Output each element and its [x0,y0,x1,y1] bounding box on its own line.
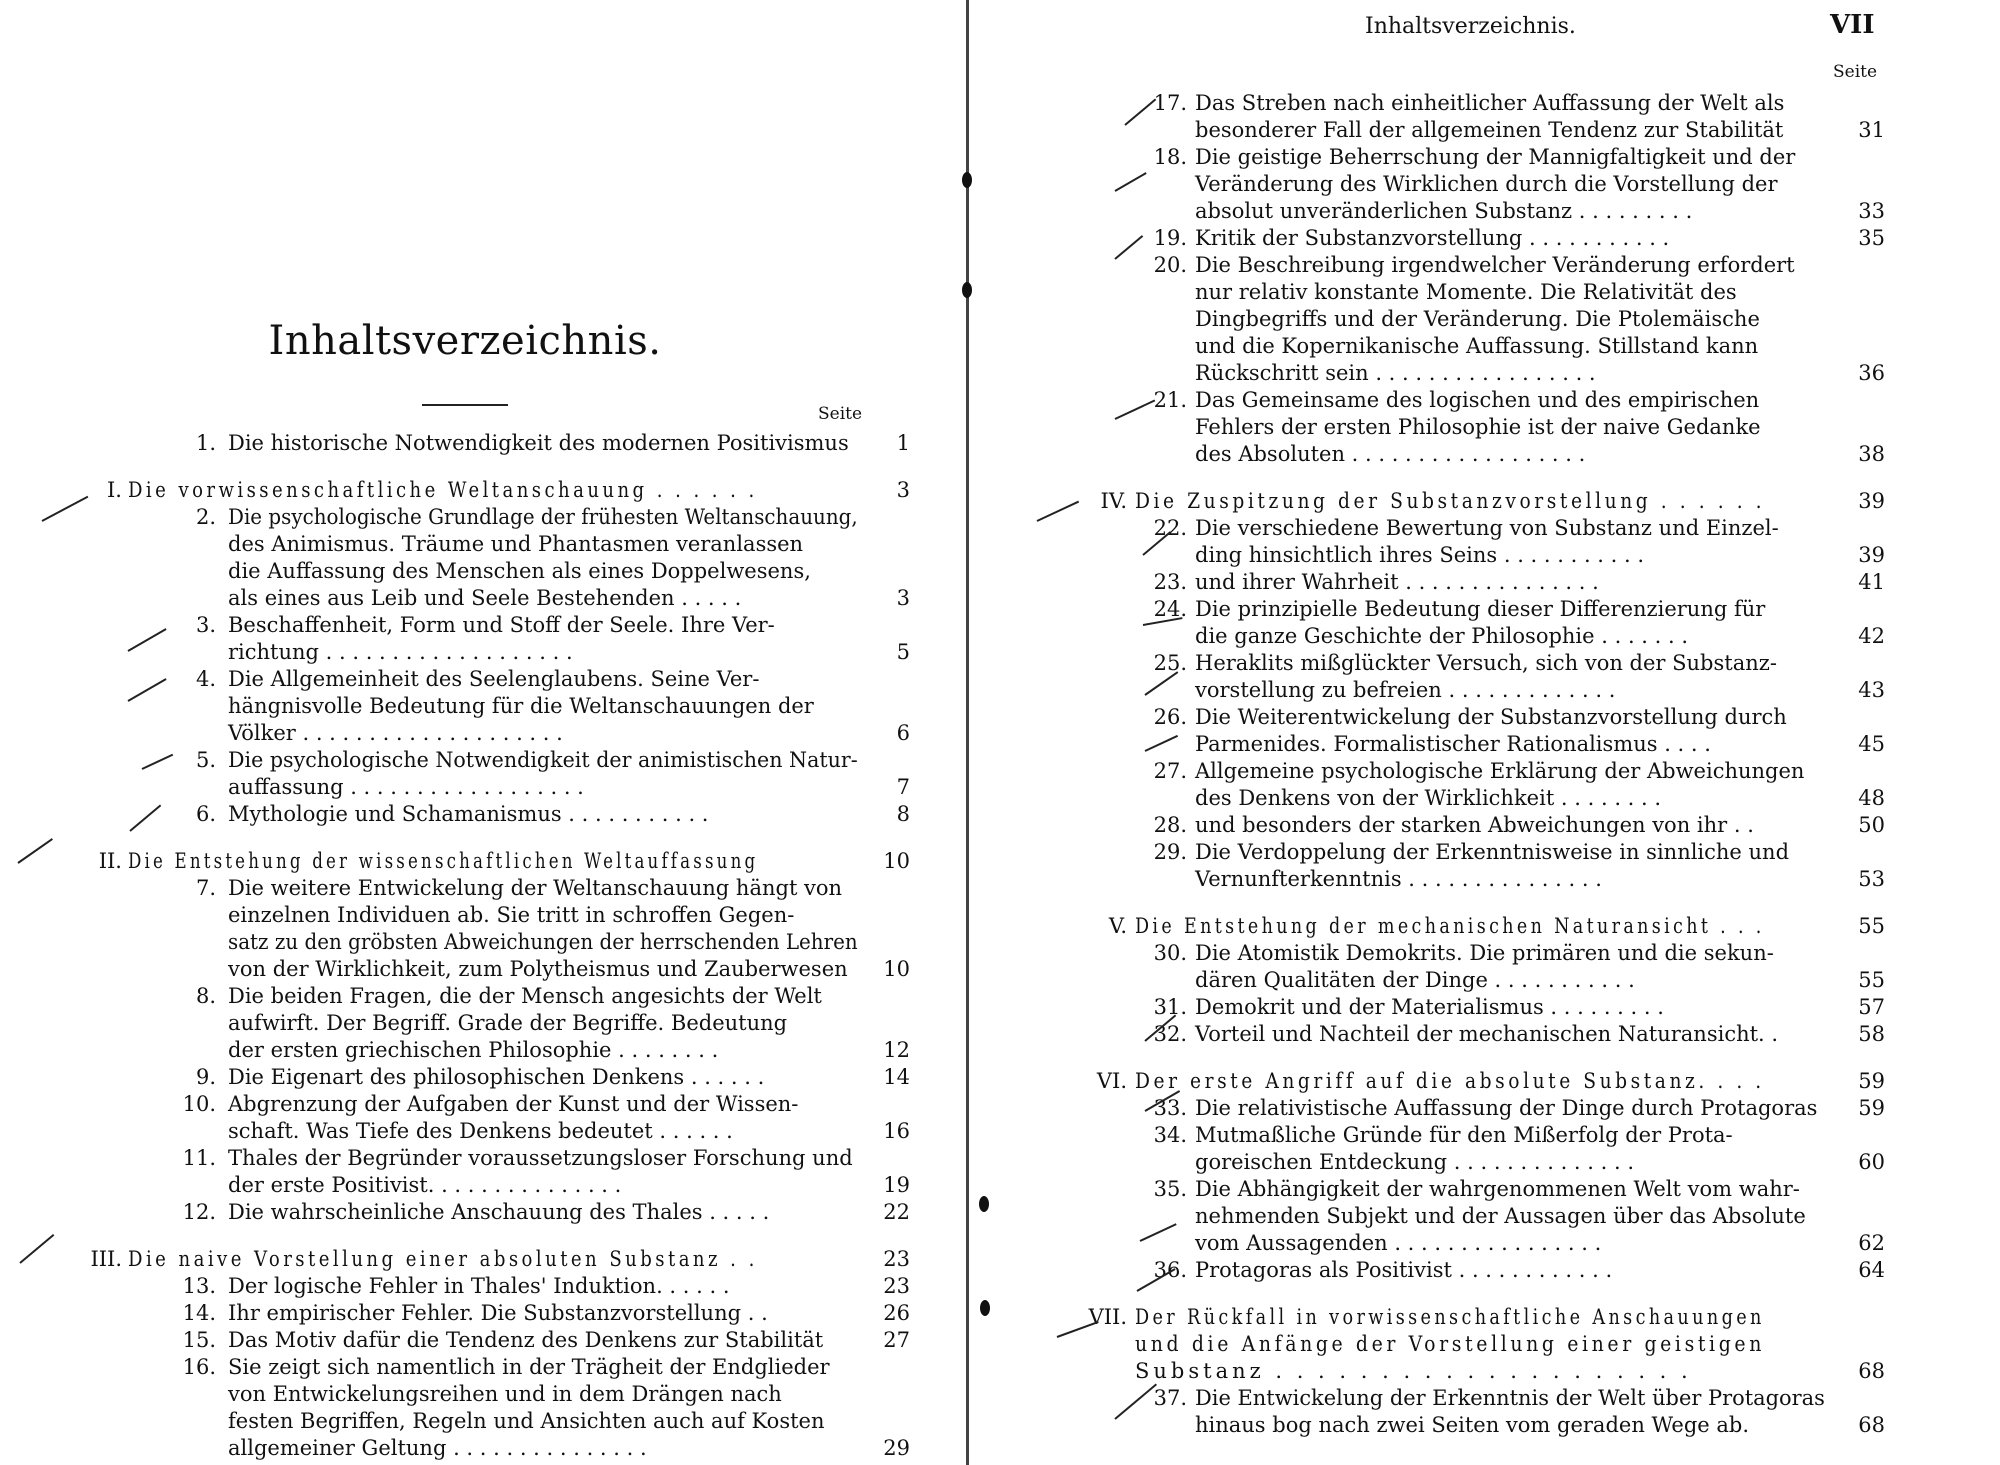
toc-chapter-row: III.Die naive Vorstellung einer absolute… [40,1246,920,1273]
toc-item-title: Die Eigenart des philosophischen Denkens… [228,1064,764,1091]
toc-entry-row: 35.Die Abhängigkeit der wahrgenommenen W… [975,1176,1975,1203]
toc-item-title: Die historische Notwendigkeit des modern… [228,430,849,457]
toc-item-title: von der Wirklichkeit, zum Polytheismus u… [228,956,848,983]
toc-entry-row: einzelnen Individuen ab. Sie tritt in sc… [40,902,920,929]
toc-item-title: festen Begriffen, Regeln und Ansichten a… [228,1408,825,1435]
toc-entry-row: 15.Das Motiv dafür die Tendenz des Denke… [40,1327,920,1354]
toc-item-title: Völker . . . . . . . . . . . . . . . . .… [228,720,563,747]
toc-item-title: ding hinsichtlich ihres Seins . . . . . … [1195,542,1644,569]
toc-chapter-row: V.Die Entstehung der mechanischen Natura… [975,913,1975,940]
toc-item-number: 16. [140,1354,216,1381]
toc-item-title: Mythologie und Schamanismus . . . . . . … [228,801,708,828]
toc-page-number: 10 [870,848,910,875]
toc-item-number: V. [1035,913,1127,940]
toc-entry-row: 18.Die geistige Beherrschung der Mannigf… [975,144,1975,171]
toc-entry-row: 4.Die Allgemeinheit des Seelenglaubens. … [40,666,920,693]
toc-page-number: 29 [870,1435,910,1462]
toc-entry-row: 16.Sie zeigt sich namentlich in der Träg… [40,1354,920,1381]
toc-page-number: 22 [870,1199,910,1226]
toc-entry-row: 29.Die Verdoppelung der Erkenntnisweise … [975,839,1975,866]
toc-entry-row: von Entwickelungsreihen und in dem Dräng… [40,1381,920,1408]
toc-entry-row: festen Begriffen, Regeln und Ansichten a… [40,1408,920,1435]
toc-item-number: 21. [1095,387,1187,414]
toc-item-number: 11. [140,1145,216,1172]
toc-page-number: 5 [870,639,910,666]
toc-item-title: Kritik der Substanzvorstellung . . . . .… [1195,225,1669,252]
toc-page-number: 23 [870,1246,910,1273]
toc-entry-row: nur relativ konstante Momente. Die Relat… [975,279,1975,306]
toc-entry-row: aufwirft. Der Begriff. Grade der Begriff… [40,1010,920,1037]
toc-item-number: 33. [1095,1095,1187,1122]
toc-page-number: 39 [1835,488,1885,515]
toc-item-title: dären Qualitäten der Dinge . . . . . . .… [1195,967,1635,994]
toc-item-number: 4. [140,666,216,693]
toc-item-number: 6. [140,801,216,828]
toc-item-number: 35. [1095,1176,1187,1203]
toc-page-number: 1 [870,430,910,457]
toc-item-title: und besonders der starken Abweichungen v… [1195,812,1754,839]
toc-item-title: Heraklits mißglückter Versuch, sich von … [1195,650,1777,677]
toc-page-number: 23 [870,1273,910,1300]
toc-item-number: 15. [140,1327,216,1354]
toc-item-number: 2. [140,504,216,531]
toc-item-title: Rückschritt sein . . . . . . . . . . . .… [1195,360,1596,387]
toc-item-title: Die Allgemeinheit des Seelenglaubens. Se… [228,666,759,693]
toc-item-title: Die naive Vorstellung einer absoluten Su… [128,1246,758,1273]
toc-item-title: Die prinzipielle Bedeutung dieser Differ… [1195,596,1765,623]
toc-item-title: hängnisvolle Bedeutung für die Weltansch… [228,693,814,720]
toc-item-number: 13. [140,1273,216,1300]
toc-page-number: 60 [1835,1149,1885,1176]
toc-entry-row: 3.Beschaffenheit, Form und Stoff der See… [40,612,920,639]
toc-item-title: von Entwickelungsreihen und in dem Dräng… [228,1381,782,1408]
toc-entry-row: ding hinsichtlich ihres Seins . . . . . … [975,542,1975,569]
toc-item-title: aufwirft. Der Begriff. Grade der Begriff… [228,1010,787,1037]
toc-entry-row: des Denkens von der Wirklichkeit . . . .… [975,785,1975,812]
toc-item-title: Der logische Fehler in Thales' Induktion… [228,1273,730,1300]
toc-entry-row: 28.und besonders der starken Abweichunge… [975,812,1975,839]
toc-item-title: Dingbegriffs und der Veränderung. Die Pt… [1195,306,1760,333]
section-gap [975,893,1975,913]
toc-entry-row: 31.Demokrit und der Materialismus . . . … [975,994,1975,1021]
toc-item-title: Vorteil und Nachteil der mechanischen Na… [1195,1021,1778,1048]
toc-entry-row: und die Anfänge der Vorstellung einer ge… [975,1331,1975,1358]
toc-entry-row: 34.Mutmaßliche Gründe für den Mißerfolg … [975,1122,1975,1149]
toc-item-title: Thales der Begründer voraussetzungsloser… [228,1145,853,1172]
toc-page-number: 14 [870,1064,910,1091]
gutter-blot [962,282,972,298]
section-gap [975,1284,1975,1304]
page-title: Inhaltsverzeichnis. [0,318,930,364]
toc-entry-row: als eines aus Leib und Seele Bestehenden… [40,585,920,612]
seite-column-label: Seite [818,404,862,424]
toc-item-title: und ihrer Wahrheit . . . . . . . . . . .… [1195,569,1599,596]
toc-page-number: 50 [1835,812,1885,839]
toc-page-number: 38 [1835,441,1885,468]
toc-item-title: Die Zuspitzung der Substanzvorstellung .… [1135,488,1765,515]
toc-item-title: schaft. Was Tiefe des Denkens bedeutet .… [228,1118,733,1145]
toc-item-title: Das Streben nach einheitlicher Auffassun… [1195,90,1784,117]
toc-page-number: 27 [870,1327,910,1354]
toc-item-title: Allgemeine psychologische Erklärung der … [1195,758,1804,785]
toc-entry-row: 12.Die wahrscheinliche Anschauung des Th… [40,1199,920,1226]
toc-entry-row: hinaus bog nach zwei Seiten vom geraden … [975,1412,1975,1439]
running-head: Inhaltsverzeichnis. [1365,14,1576,39]
toc-entry-row: 13.Der logische Fehler in Thales' Indukt… [40,1273,920,1300]
toc-item-title: Die wahrscheinliche Anschauung des Thale… [228,1199,769,1226]
toc-item-title: Das Motiv dafür die Tendenz des Denkens … [228,1327,823,1354]
toc-item-title: Veränderung des Wirklichen durch die Vor… [1195,171,1778,198]
toc-item-title: der ersten griechischen Philosophie . . … [228,1037,718,1064]
toc-item-number: 1. [140,430,216,457]
toc-page-number: 10 [870,956,910,983]
toc-page-number: 42 [1835,623,1885,650]
toc-chapter-row: II.Die Entstehung der wissenschaftlichen… [40,848,920,875]
toc-page-number: 59 [1835,1095,1885,1122]
toc-entry-row: 25.Heraklits mißglückter Versuch, sich v… [975,650,1975,677]
toc-item-number: VI. [1035,1068,1127,1095]
toc-entry-row: Parmenides. Formalistischer Rationalismu… [975,731,1975,758]
toc-page-number: 36 [1835,360,1885,387]
toc-item-title: absolut unveränderlichen Substanz . . . … [1195,198,1692,225]
toc-item-title: Die verschiedene Bewertung von Substanz … [1195,515,1779,542]
toc-entry-row: der erste Positivist. . . . . . . . . . … [40,1172,920,1199]
toc-page-number: 53 [1835,866,1885,893]
toc-entry-row: 23.und ihrer Wahrheit . . . . . . . . . … [975,569,1975,596]
toc-item-title: vom Aussagenden . . . . . . . . . . . . … [1195,1230,1601,1257]
toc-page-number: 45 [1835,731,1885,758]
toc-page-number: 33 [1835,198,1885,225]
toc-item-title: hinaus bog nach zwei Seiten vom geraden … [1195,1412,1749,1439]
right-page: Inhaltsverzeichnis. VII Seite 17.Das Str… [975,0,2000,1465]
toc-entry-row: vorstellung zu befreien . . . . . . . . … [975,677,1975,704]
toc-page-number: 6 [870,720,910,747]
toc-item-number: III. [40,1246,122,1273]
toc-item-title: allgemeiner Geltung . . . . . . . . . . … [228,1435,647,1462]
toc-page-number: 26 [870,1300,910,1327]
toc-item-title: Mutmaßliche Gründe für den Mißerfolg der… [1195,1122,1733,1149]
toc-item-title: Ihr empirischer Fehler. Die Substanzvors… [228,1300,768,1327]
section-gap [40,457,920,477]
toc-entry-row: 11.Thales der Begründer voraussetzungslo… [40,1145,920,1172]
toc-entry-row: des Animismus. Träume und Phantasmen ver… [40,531,920,558]
toc-item-number: II. [40,848,122,875]
toc-item-title: satz zu den gröbsten Abweichungen der he… [228,929,858,956]
toc-item-number: 32. [1095,1021,1187,1048]
toc-entry-row: 14.Ihr empirischer Fehler. Die Substanzv… [40,1300,920,1327]
toc-page-number: 58 [1835,1021,1885,1048]
toc-chapter-row: VI.Der erste Angriff auf die absolute Su… [975,1068,1975,1095]
toc-item-title: Die weitere Entwickelung der Weltanschau… [228,875,842,902]
toc-page-number: 64 [1835,1257,1885,1284]
toc-item-number: 19. [1095,225,1187,252]
toc-item-title: Die psychologische Notwendigkeit der ani… [228,747,858,774]
toc-page-number: 7 [870,774,910,801]
toc-item-title: Protagoras als Positivist . . . . . . . … [1195,1257,1612,1284]
toc-entry-row: 20.Die Beschreibung irgendwelcher Veränd… [975,252,1975,279]
toc-item-number: 7. [140,875,216,902]
toc-item-title: Die relativistische Auffassung der Dinge… [1195,1095,1817,1122]
toc-item-title: als eines aus Leib und Seele Bestehenden… [228,585,741,612]
left-page: Inhaltsverzeichnis. Seite 1.Die historis… [0,0,960,1465]
toc-item-number: 17. [1095,90,1187,117]
toc-item-number: 8. [140,983,216,1010]
toc-item-title: Die beiden Fragen, die der Mensch angesi… [228,983,822,1010]
toc-item-title: nehmenden Subjekt und der Aussagen über … [1195,1203,1806,1230]
toc-item-number: 27. [1095,758,1187,785]
toc-entry-row: 6.Mythologie und Schamanismus . . . . . … [40,801,920,828]
toc-item-title: die ganze Geschichte der Philosophie . .… [1195,623,1688,650]
toc-page-number: 48 [1835,785,1885,812]
toc-item-number: 28. [1095,812,1187,839]
toc-entry-row: und die Kopernikanische Auffassung. Stil… [975,333,1975,360]
toc-item-title: Vernunfterkenntnis . . . . . . . . . . .… [1195,866,1602,893]
toc-entry-row: 10.Abgrenzung der Aufgaben der Kunst und… [40,1091,920,1118]
toc-entry-row: besonderer Fall der allgemeinen Tendenz … [975,117,1975,144]
toc-item-number: 9. [140,1064,216,1091]
toc-page-number: 8 [870,801,910,828]
toc-chapter-row: I.Die vorwissenschaftliche Weltanschauun… [40,477,920,504]
toc-item-number: 18. [1095,144,1187,171]
toc-entry-row: vom Aussagenden . . . . . . . . . . . . … [975,1230,1975,1257]
toc-entry-row: 2.Die psychologische Grundlage der frühe… [40,504,920,531]
toc-item-number: 37. [1095,1385,1187,1412]
toc-item-title: auffassung . . . . . . . . . . . . . . .… [228,774,584,801]
toc-item-title: nur relativ konstante Momente. Die Relat… [1195,279,1737,306]
toc-item-title: Abgrenzung der Aufgaben der Kunst und de… [228,1091,798,1118]
section-gap [40,1226,920,1246]
toc-entry-row: 9.Die Eigenart des philosophischen Denke… [40,1064,920,1091]
toc-entry-row: 26.Die Weiterentwickelung der Substanzvo… [975,704,1975,731]
toc-page-number: 16 [870,1118,910,1145]
toc-page-number: 12 [870,1037,910,1064]
toc-item-number: 12. [140,1199,216,1226]
toc-item-title: Die geistige Beherrschung der Mannigfalt… [1195,144,1795,171]
toc-item-title: und die Kopernikanische Auffassung. Stil… [1195,333,1758,360]
toc-item-number: 20. [1095,252,1187,279]
toc-entry-row: nehmenden Subjekt und der Aussagen über … [975,1203,1975,1230]
toc-entry-row: die ganze Geschichte der Philosophie . .… [975,623,1975,650]
toc-item-title: Parmenides. Formalistischer Rationalismu… [1195,731,1711,758]
toc-entry-row: die Auffassung des Menschen als eines Do… [40,558,920,585]
page-number-folio: VII [1830,10,1875,40]
toc-item-number: 10. [140,1091,216,1118]
toc-entry-row: von der Wirklichkeit, zum Polytheismus u… [40,956,920,983]
toc-entry-row: Vernunfterkenntnis . . . . . . . . . . .… [975,866,1975,893]
toc-page-number: 59 [1835,1068,1885,1095]
toc-item-title: und die Anfänge der Vorstellung einer ge… [1135,1331,1765,1358]
toc-entry-row: 8.Die beiden Fragen, die der Mensch ange… [40,983,920,1010]
toc-entry-row: Völker . . . . . . . . . . . . . . . . .… [40,720,920,747]
toc-entry-row: 36.Protagoras als Positivist . . . . . .… [975,1257,1975,1284]
toc-entry-row: 24.Die prinzipielle Bedeutung dieser Dif… [975,596,1975,623]
toc-item-number: 34. [1095,1122,1187,1149]
table-of-contents-right: 17.Das Streben nach einheitlicher Auffas… [975,90,1975,1439]
toc-page-number: 43 [1835,677,1885,704]
toc-page-number: 62 [1835,1230,1885,1257]
section-gap [40,828,920,848]
book-gutter [966,0,969,1465]
toc-page-number: 68 [1835,1412,1885,1439]
toc-item-title: Die Weiterentwickelung der Substanzvorst… [1195,704,1787,731]
toc-entry-row: allgemeiner Geltung . . . . . . . . . . … [40,1435,920,1462]
toc-item-number: IV. [1035,488,1127,515]
toc-page-number: 57 [1835,994,1885,1021]
toc-item-title: Die vorwissenschaftliche Weltanschauung … [128,477,758,504]
toc-item-title: Die Atomistik Demokrits. Die primären un… [1195,940,1774,967]
section-gap [975,468,1975,488]
toc-page-number: 35 [1835,225,1885,252]
toc-entry-row: 22.Die verschiedene Bewertung von Substa… [975,515,1975,542]
toc-item-number: 30. [1095,940,1187,967]
toc-item-number: 26. [1095,704,1187,731]
toc-page-number: 39 [1835,542,1885,569]
toc-item-title: des Denkens von der Wirklichkeit . . . .… [1195,785,1661,812]
toc-entry-row: goreischen Entdeckung . . . . . . . . . … [975,1149,1975,1176]
toc-item-title: Fehlers der ersten Philosophie ist der n… [1195,414,1761,441]
toc-item-title: richtung . . . . . . . . . . . . . . . .… [228,639,573,666]
toc-entry-row: 27.Allgemeine psychologische Erklärung d… [975,758,1975,785]
toc-page-number: 41 [1835,569,1885,596]
toc-page-number: 31 [1835,117,1885,144]
toc-item-title: Die Beschreibung irgendwelcher Veränderu… [1195,252,1795,279]
toc-entry-row: Fehlers der ersten Philosophie ist der n… [975,414,1975,441]
toc-item-title: Demokrit und der Materialismus . . . . .… [1195,994,1664,1021]
toc-entry-row: der ersten griechischen Philosophie . . … [40,1037,920,1064]
toc-item-title: Der erste Angriff auf die absolute Subst… [1135,1068,1765,1095]
toc-page-number: 3 [870,585,910,612]
toc-entry-row: hängnisvolle Bedeutung für die Weltansch… [40,693,920,720]
toc-entry-row: 21.Das Gemeinsame des logischen und des … [975,387,1975,414]
toc-entry-row: 33.Die relativistische Auffassung der Di… [975,1095,1975,1122]
toc-item-number: 22. [1095,515,1187,542]
toc-item-title: der erste Positivist. . . . . . . . . . … [228,1172,621,1199]
toc-item-title: Substanz . . . . . . . . . . . . . . . .… [1135,1358,1692,1385]
toc-page-number: 19 [870,1172,910,1199]
toc-entry-row: Substanz . . . . . . . . . . . . . . . .… [975,1358,1975,1385]
toc-item-title: des Animismus. Träume und Phantasmen ver… [228,531,803,558]
toc-item-title: Der Rückfall in vorwissenschaftliche Ans… [1135,1304,1765,1331]
seite-column-label: Seite [1833,62,1877,82]
toc-item-title: Die Entstehung der mechanischen Naturans… [1135,913,1765,940]
toc-entry-row: Dingbegriffs und der Veränderung. Die Pt… [975,306,1975,333]
toc-item-number: 14. [140,1300,216,1327]
toc-item-title: vorstellung zu befreien . . . . . . . . … [1195,677,1615,704]
toc-chapter-row: IV.Die Zuspitzung der Substanzvorstellun… [975,488,1975,515]
toc-item-title: die Auffassung des Menschen als eines Do… [228,558,811,585]
toc-entry-row: 1.Die historische Notwendigkeit des mode… [40,430,920,457]
toc-item-title: Die Abhängigkeit der wahrgenommenen Welt… [1195,1176,1800,1203]
toc-item-title: Die psychologische Grundlage der frühest… [228,504,858,531]
toc-entry-row: 5.Die psychologische Notwendigkeit der a… [40,747,920,774]
toc-page-number: 68 [1835,1358,1885,1385]
toc-item-title: Sie zeigt sich namentlich in der Träghei… [228,1354,830,1381]
toc-item-title: Die Entstehung der wissenschaftlichen We… [128,848,758,875]
toc-page-number: 3 [870,477,910,504]
toc-item-title: Beschaffenheit, Form und Stoff der Seele… [228,612,775,639]
toc-entry-row: satz zu den gröbsten Abweichungen der he… [40,929,920,956]
toc-entry-row: des Absoluten . . . . . . . . . . . . . … [975,441,1975,468]
toc-entry-row: absolut unveränderlichen Substanz . . . … [975,198,1975,225]
toc-entry-row: dären Qualitäten der Dinge . . . . . . .… [975,967,1975,994]
toc-entry-row: richtung . . . . . . . . . . . . . . . .… [40,639,920,666]
toc-item-title: Das Gemeinsame des logischen und des emp… [1195,387,1759,414]
section-gap [975,1048,1975,1068]
toc-item-number: 29. [1095,839,1187,866]
toc-entry-row: 7.Die weitere Entwickelung der Weltansch… [40,875,920,902]
toc-chapter-row: VII.Der Rückfall in vorwissenschaftliche… [975,1304,1975,1331]
table-of-contents-left: 1.Die historische Notwendigkeit des mode… [40,430,920,1462]
toc-page-number: 55 [1835,967,1885,994]
toc-item-title: des Absoluten . . . . . . . . . . . . . … [1195,441,1585,468]
toc-page-number: 55 [1835,913,1885,940]
toc-item-number: 5. [140,747,216,774]
toc-entry-row: Rückschritt sein . . . . . . . . . . . .… [975,360,1975,387]
toc-entry-row: schaft. Was Tiefe des Denkens bedeutet .… [40,1118,920,1145]
title-rule [422,404,508,406]
toc-item-title: goreischen Entdeckung . . . . . . . . . … [1195,1149,1634,1176]
toc-item-number: 23. [1095,569,1187,596]
toc-entry-row: 30.Die Atomistik Demokrits. Die primären… [975,940,1975,967]
toc-item-title: Die Verdoppelung der Erkenntnisweise in … [1195,839,1789,866]
toc-entry-row: 17.Das Streben nach einheitlicher Auffas… [975,90,1975,117]
toc-entry-row: 32.Vorteil und Nachteil der mechanischen… [975,1021,1975,1048]
toc-item-title: Die Entwickelung der Erkenntnis der Welt… [1195,1385,1825,1412]
toc-item-title: besonderer Fall der allgemeinen Tendenz … [1195,117,1783,144]
toc-entry-row: auffassung . . . . . . . . . . . . . . .… [40,774,920,801]
gutter-blot [962,172,972,188]
toc-item-title: einzelnen Individuen ab. Sie tritt in sc… [228,902,794,929]
